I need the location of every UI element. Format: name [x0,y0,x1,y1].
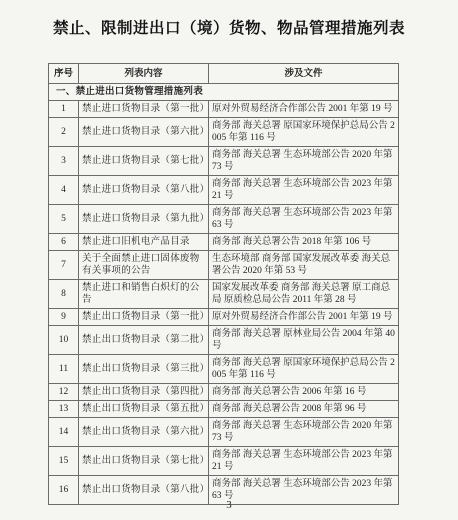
row-related-documents: 商务部 海关总署公告 2006 年第 16 号 [209,384,399,401]
row-list-content: 禁止进口货物目录（第八批） [79,176,209,205]
table-header-row: 序号 列表内容 涉及文件 [49,64,399,84]
document-title: 禁止、限制进出口（境）货物、物品管理措施列表 [0,16,458,38]
section-row: 一、禁止进出口货物管理措施列表 [49,84,399,101]
table-row: 7关于全面禁止进口固体废物有关事项的公告生态环境部 商务部 国家发展改革委 海关… [49,251,399,280]
row-seq-number: 3 [49,147,79,176]
row-related-documents: 商务部 海关总署公告 2008 年第 96 号 [209,401,399,418]
table-row: 14禁止出口货物目录（第六批）商务部 海关总署 生态环境部公告 2020 年第 … [49,418,399,447]
document-page: 禁止、限制进出口（境）货物、物品管理措施列表 序号 列表内容 涉及文件 一、禁止… [0,0,458,520]
row-list-content: 禁止出口货物目录（第三批） [79,355,209,384]
row-seq-number: 12 [49,384,79,401]
table-row: 6禁止进口旧机电产品目录商务部 海关总署公告 2018 年第 106 号 [49,234,399,251]
row-related-documents: 生态环境部 商务部 国家发展改革委 海关总署公告 2020 年第 53 号 [209,251,399,280]
row-list-content: 禁止出口货物目录（第七批） [79,447,209,476]
header-related-documents: 涉及文件 [209,64,399,84]
row-list-content: 禁止进口货物目录（第一批） [79,101,209,118]
row-seq-number: 14 [49,418,79,447]
row-related-documents: 国家发展改革委 商务部 海关总署 原工商总局 原质检总局公告 2011 年第 2… [209,280,399,309]
row-seq-number: 15 [49,447,79,476]
table-row: 2禁止进口货物目录（第六批）商务部 海关总署 原国家环境保护总局公告 2005 … [49,118,399,147]
row-seq-number: 2 [49,118,79,147]
row-related-documents: 商务部 海关总署 生态环境部公告 2020 年第 73 号 [209,418,399,447]
row-related-documents: 商务部 海关总署 生态环境部公告 2023 年第 21 号 [209,176,399,205]
header-seq-number: 序号 [49,64,79,84]
row-seq-number: 1 [49,101,79,118]
row-related-documents: 商务部 海关总署 生态环境部公告 2020 年第 73 号 [209,147,399,176]
row-list-content: 禁止进口货物目录（第六批） [79,118,209,147]
page-number: 3 [0,499,458,511]
header-list-content: 列表内容 [79,64,209,84]
row-related-documents: 原对外贸易经济合作部公告 2001 年第 19 号 [209,309,399,326]
row-related-documents: 商务部 海关总署公告 2018 年第 106 号 [209,234,399,251]
row-list-content: 禁止进口货物目录（第七批） [79,147,209,176]
row-seq-number: 5 [49,205,79,234]
row-seq-number: 10 [49,326,79,355]
row-seq-number: 7 [49,251,79,280]
row-list-content: 禁止出口货物目录（第二批） [79,326,209,355]
table-row: 12禁止出口货物目录（第四批）商务部 海关总署公告 2006 年第 16 号 [49,384,399,401]
table-row: 8禁止进口和销售白炽灯的公告国家发展改革委 商务部 海关总署 原工商总局 原质检… [49,280,399,309]
row-seq-number: 8 [49,280,79,309]
table-row: 11禁止出口货物目录（第三批）商务部 海关总署 原国家环境保护总局公告 2005… [49,355,399,384]
row-seq-number: 11 [49,355,79,384]
row-list-content: 禁止出口货物目录（第四批） [79,384,209,401]
measures-table: 序号 列表内容 涉及文件 一、禁止进出口货物管理措施列表 1禁止进口货物目录（第… [48,63,399,505]
row-list-content: 禁止出口货物目录（第六批） [79,418,209,447]
row-seq-number: 9 [49,309,79,326]
row-seq-number: 4 [49,176,79,205]
row-related-documents: 原对外贸易经济合作部公告 2001 年第 19 号 [209,101,399,118]
row-related-documents: 商务部 海关总署 原国家环境保护总局公告 2005 年第 116 号 [209,118,399,147]
row-seq-number: 13 [49,401,79,418]
table-row: 15禁止出口货物目录（第七批）商务部 海关总署 生态环境部公告 2023 年第 … [49,447,399,476]
section-title: 一、禁止进出口货物管理措施列表 [49,84,399,101]
table-row: 13禁止出口货物目录（第五批）商务部 海关总署公告 2008 年第 96 号 [49,401,399,418]
row-list-content: 禁止出口货物目录（第一批） [79,309,209,326]
table-row: 5禁止进口货物目录（第九批）商务部 海关总署 生态环境部公告 2023 年第 6… [49,205,399,234]
table-row: 3禁止进口货物目录（第七批）商务部 海关总署 生态环境部公告 2020 年第 7… [49,147,399,176]
table-row: 4禁止进口货物目录（第八批）商务部 海关总署 生态环境部公告 2023 年第 2… [49,176,399,205]
row-related-documents: 商务部 海关总署 生态环境部公告 2023 年第 63 号 [209,205,399,234]
table-row: 10禁止出口货物目录（第二批）商务部 海关总署 原林业局公告 2004 年第 4… [49,326,399,355]
row-list-content: 禁止进口旧机电产品目录 [79,234,209,251]
row-list-content: 关于全面禁止进口固体废物有关事项的公告 [79,251,209,280]
table-row: 1禁止进口货物目录（第一批）原对外贸易经济合作部公告 2001 年第 19 号 [49,101,399,118]
row-seq-number: 6 [49,234,79,251]
row-related-documents: 商务部 海关总署 生态环境部公告 2023 年第 21 号 [209,447,399,476]
table-body: 一、禁止进出口货物管理措施列表 1禁止进口货物目录（第一批）原对外贸易经济合作部… [49,84,399,505]
row-related-documents: 商务部 海关总署 原国家环境保护总局公告 2005 年第 116 号 [209,355,399,384]
row-list-content: 禁止进口货物目录（第九批） [79,205,209,234]
table-row: 9禁止出口货物目录（第一批）原对外贸易经济合作部公告 2001 年第 19 号 [49,309,399,326]
row-related-documents: 商务部 海关总署 原林业局公告 2004 年第 40 号 [209,326,399,355]
row-list-content: 禁止进口和销售白炽灯的公告 [79,280,209,309]
row-list-content: 禁止出口货物目录（第五批） [79,401,209,418]
